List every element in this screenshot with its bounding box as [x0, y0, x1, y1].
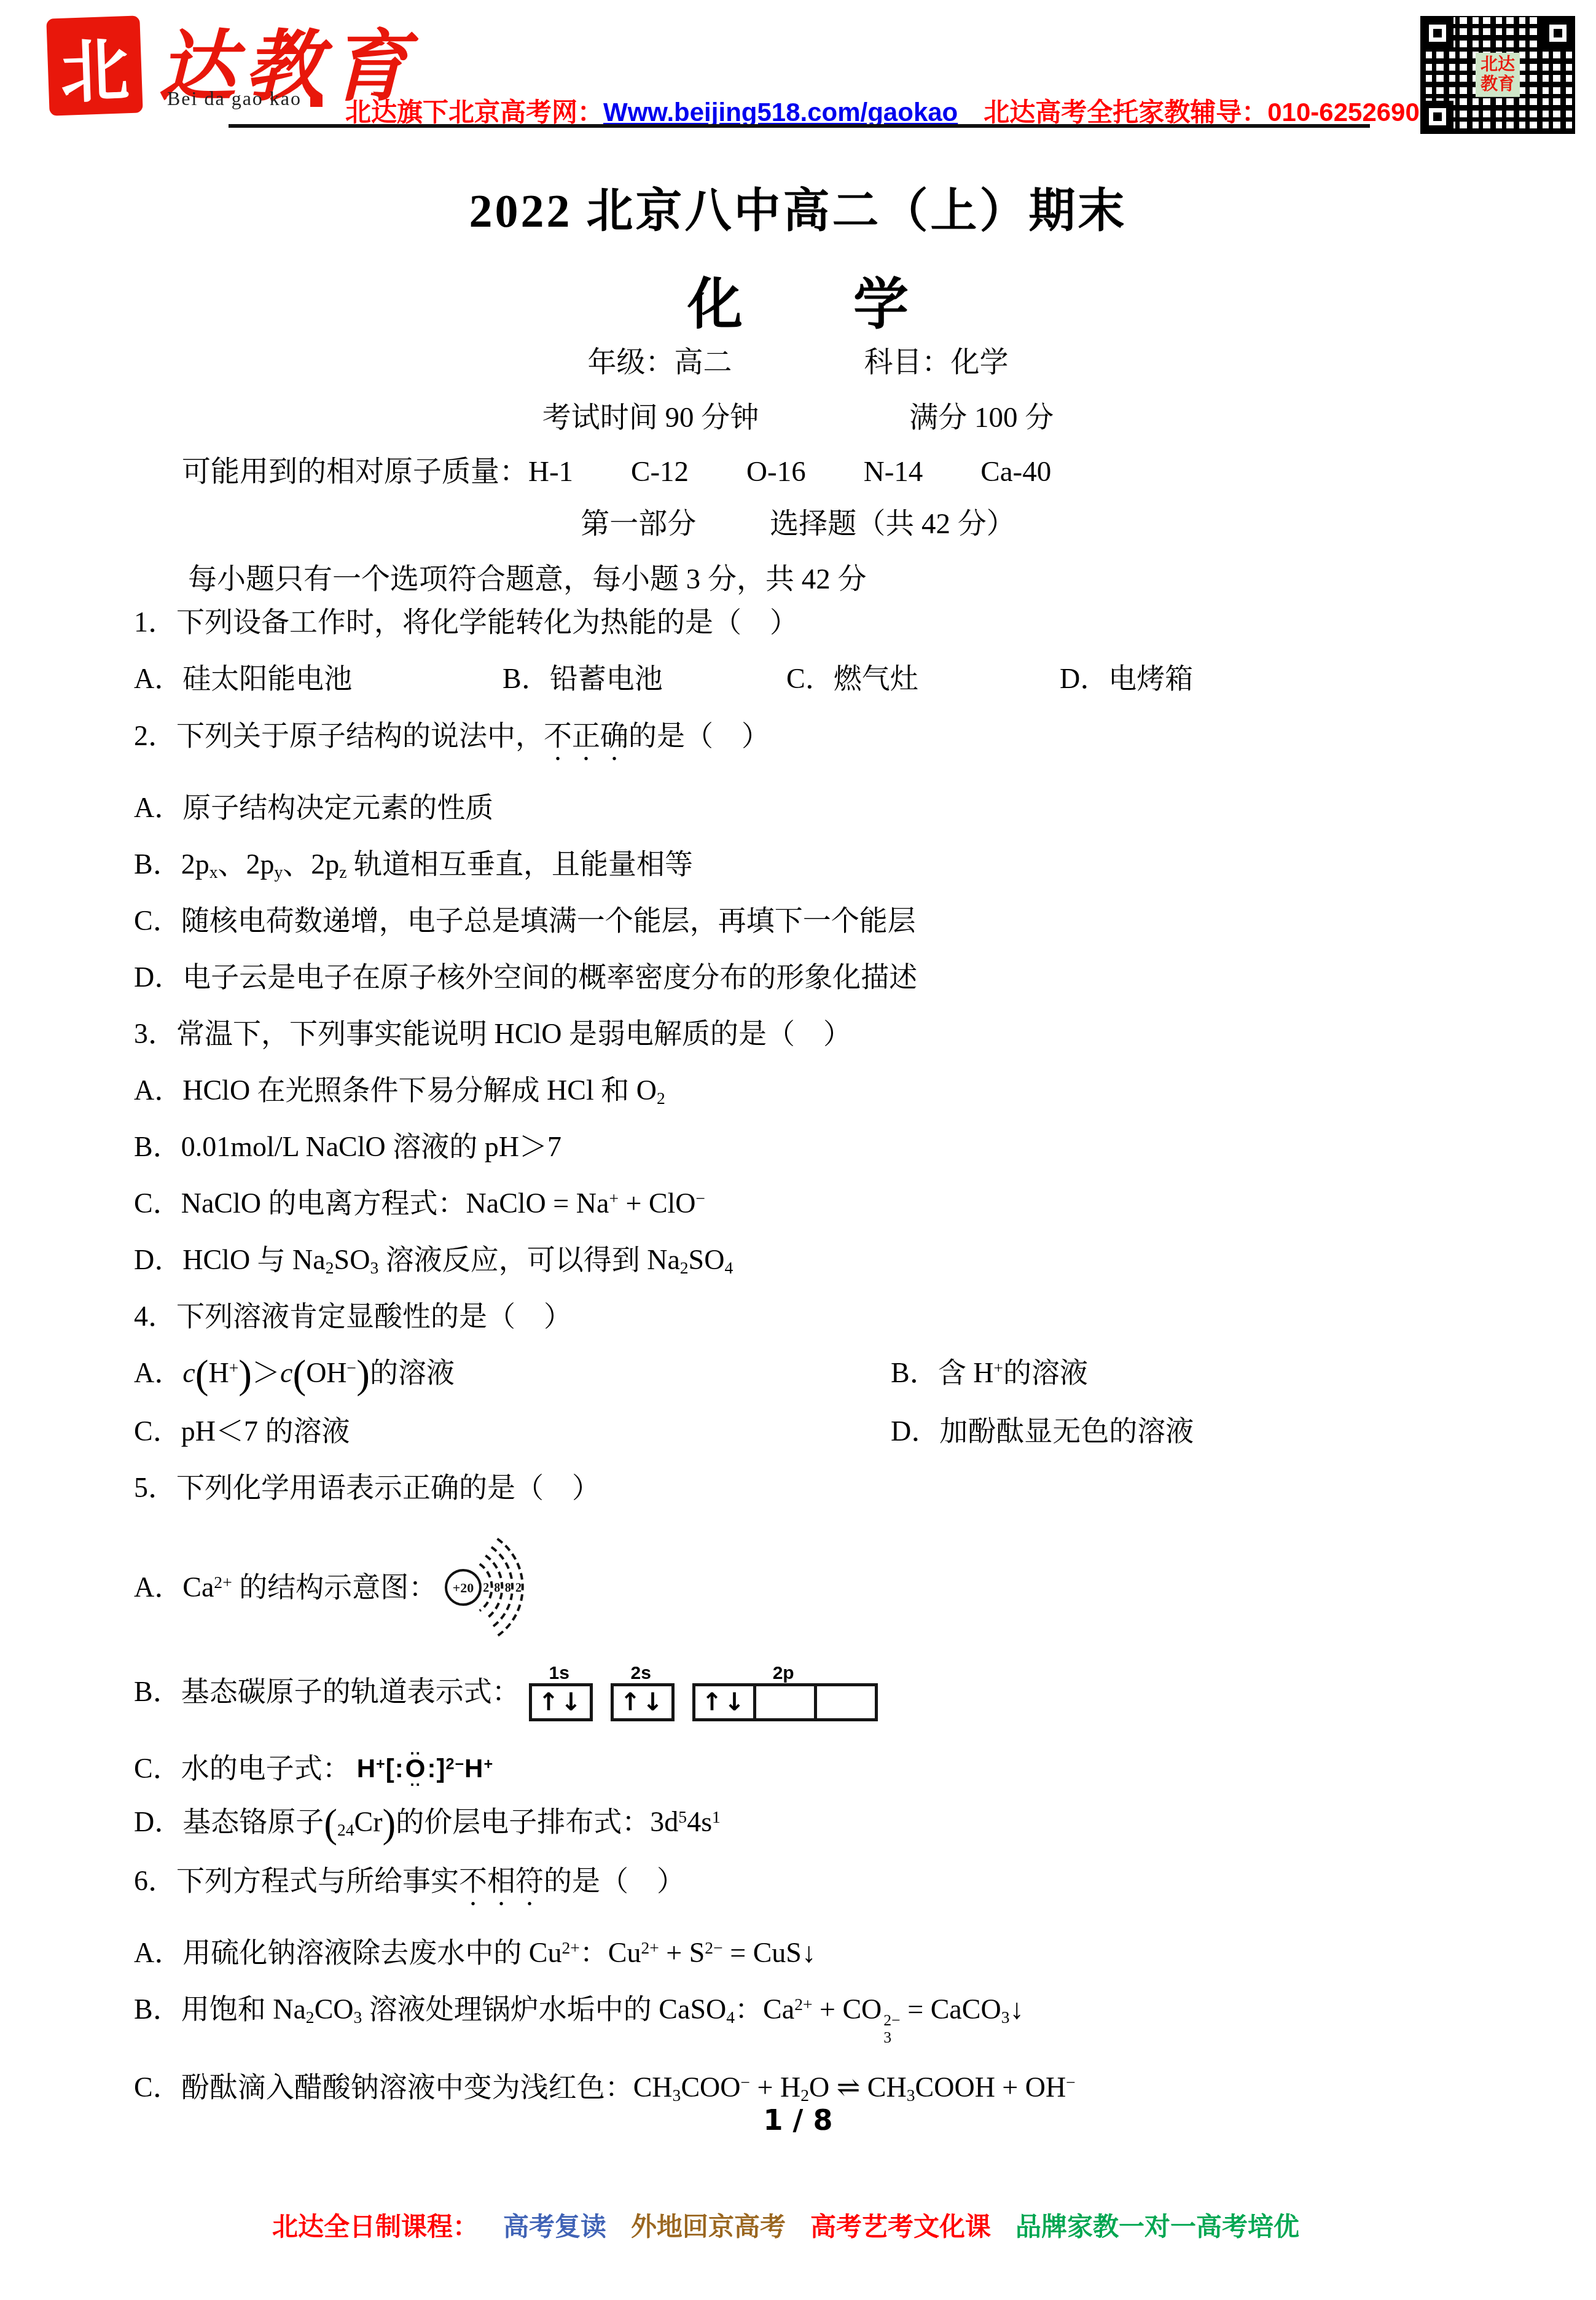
shell-electron-count: 8 — [495, 1581, 501, 1595]
footer-course-item: 高考艺考文化课 — [810, 2207, 991, 2243]
meta-grade: 年级：高二 — [588, 339, 732, 380]
q4-option-c: C．pH＜7 的溶液 — [134, 1416, 891, 1447]
q3-option-b: B．0.01mol/L NaClO 溶液的 pH＞7 — [134, 1132, 1596, 1162]
footer-course-item: 高考复读 — [503, 2207, 606, 2243]
q5-stem: 5．下列化学用语表示正确的是（ ） — [134, 1473, 1596, 1503]
q4-stem: 4．下列溶液肯定显酸性的是（ ） — [134, 1301, 1596, 1332]
footer-course-line: 北达全日制课程： 高考复读 外地回京高考 高考艺考文化课 品牌家教一对一高考培优 — [0, 2207, 1596, 2243]
orbital-group-2s: 2s ↑↓ — [611, 1663, 671, 1721]
q5-option-c: C．水的电子式： H+[:O:]2−H+ — [134, 1740, 1596, 1797]
q1-option-d: D．电烤箱 — [1060, 663, 1193, 694]
exam-subject: 化 学 — [0, 259, 1596, 339]
q5-option-c-label: C．水的电子式： — [134, 1753, 351, 1784]
header-divider — [229, 124, 1370, 128]
q2-option-c: C．随核电荷数递增，电子总是填满一个能层，再填下一个能层 — [134, 906, 1596, 936]
logo-tagline-en-text: Bei da gao kao — [167, 87, 302, 109]
orbital-group-2p: 2p ↑↓ — [692, 1663, 875, 1721]
site-link[interactable]: Www.beijing518.com/gaokao — [603, 98, 958, 127]
q5-option-b: B．基态碳原子的轨道表示式： 1s ↑↓ 2s ↑↓ 2p ↑↓ — [134, 1652, 1596, 1732]
q1-option-c: C．燃气灶 — [786, 663, 1060, 694]
meta-row-time-score: 考试时间 90 分钟 满分 100 分 — [0, 394, 1596, 436]
qr-label-line1: 北达 — [1481, 55, 1515, 75]
section-heading: 第一部分 选择题（共 42 分） — [0, 501, 1596, 542]
q4-option-d: D．加酚酞显无色的溶液 — [891, 1416, 1194, 1447]
atomic-masses-line: 可能用到的相对原子质量：H-1 C-12 O-16 N-14 Ca-40 — [182, 448, 1051, 490]
q1-option-a: A．硅太阳能电池 — [134, 663, 503, 694]
orbital-group-1s: 1s ↑↓ — [529, 1663, 590, 1721]
q1-option-b: B．铅蓄电池 — [503, 663, 786, 694]
orbital-diagram: 1s ↑↓ 2s ↑↓ 2p ↑↓ — [529, 1663, 896, 1721]
meta-full-score: 满分 100 分 — [909, 394, 1054, 436]
shell-electron-count: 2 — [483, 1581, 490, 1595]
logo-seal: 北 — [46, 15, 143, 115]
q6-option-c: C．酚酞滴入醋酸钠溶液中变为浅红色：CH3COO− + H2O ⇌ CH3COO… — [134, 2072, 1596, 2103]
meta-subject: 科目：化学 — [864, 339, 1009, 380]
site-line-suffix: 北达高考全托家教辅导：010-62526900 — [958, 98, 1434, 127]
section-name: 选择题（共 42 分） — [770, 501, 1015, 542]
qr-center-label: 北达 教育 — [1476, 53, 1520, 97]
q4-option-a: A．c(H+)＞c(OH−)的溶液 — [134, 1358, 891, 1390]
meta-duration: 考试时间 90 分钟 — [542, 394, 759, 436]
q4-options-row-1: A．c(H+)＞c(OH−)的溶液 B．含 H+的溶液 — [134, 1358, 1596, 1390]
q2-option-b: B．2px、2py、2pz 轨道相互垂直，且能量相等 — [134, 849, 1596, 880]
orbital-box: ↑↓ — [611, 1683, 675, 1721]
q3-option-d: D．HClO 与 Na2SO3 溶液反应，可以得到 Na2SO4 — [134, 1245, 1596, 1275]
logo-red-square — [310, 95, 323, 107]
q2-option-d: D．电子云是电子在原子核外空间的概率密度分布的形象化描述 — [134, 962, 1596, 993]
shell-electron-count: 8 — [505, 1581, 511, 1595]
orbital-box: ↑↓ — [692, 1683, 756, 1721]
q3-option-c: C．NaClO 的电离方程式：NaClO = Na+ + ClO− — [134, 1188, 1596, 1219]
atomic-structure-diagram: +20 2 8 8 2 — [442, 1526, 546, 1649]
qr-finder-icon — [1542, 17, 1574, 49]
page-number: 1 / 8 — [0, 2103, 1596, 2137]
instructions-line: 每小题只有一个选项符合题意，每小题 3 分，共 42 分 — [188, 556, 867, 597]
orbital-label-1s: 1s — [549, 1663, 569, 1683]
q5-option-b-label: B．基态碳原子的轨道表示式： — [134, 1676, 520, 1707]
footer-course-item: 外地回京高考 — [631, 2207, 786, 2243]
exam-paper-page: 北 达教育 Bei da gao kao 北达旗下北京高考网：Www.beiji… — [0, 0, 1596, 2300]
q4-options-row-2: C．pH＜7 的溶液 D．加酚酞显无色的溶液 — [134, 1416, 1596, 1447]
qr-code: 北达 教育 — [1420, 16, 1575, 134]
qr-finder-icon — [1422, 17, 1453, 49]
nucleus-charge: +20 — [453, 1580, 474, 1595]
q6-option-b: B．用饱和 Na2CO3 溶液处理锅炉水垢中的 CaSO4：Ca2+ + CO2… — [134, 1994, 1596, 2046]
shell-electron-count: 2 — [515, 1581, 522, 1595]
q5-option-d: D．基态铬原子(24Cr)的价层电子排布式：3d54s1 — [134, 1807, 1596, 1839]
logo-tagline-en: Bei da gao kao — [167, 87, 323, 110]
q6-option-a: A．用硫化钠溶液除去废水中的 Cu2+：Cu2+ + S2− = CuS↓ — [134, 1938, 1596, 1968]
site-line-prefix: 北达旗下北京高考网： — [345, 98, 603, 127]
q2-stem: 2．下列关于原子结构的说法中，不正确的是（ ） — [134, 720, 1596, 767]
orbital-label-2s: 2s — [631, 1663, 651, 1683]
meta-row-grade-subject: 年级：高二 科目：化学 — [0, 339, 1596, 380]
q3-stem: 3．常温下，下列事实能说明 HClO 是弱电解质的是（ ） — [134, 1019, 1596, 1049]
orbital-box: ↑↓ — [529, 1683, 593, 1721]
q5-option-a-label: A．Ca2+ 的结构示意图： — [134, 1572, 437, 1603]
qr-label-line2: 教育 — [1481, 75, 1515, 95]
q4-option-b: B．含 H+的溶液 — [891, 1358, 1088, 1390]
q6-stem: 6．下列方程式与所给事实不相符的是（ ） — [134, 1865, 1596, 1912]
footer-label: 北达全日制课程： — [272, 2207, 479, 2243]
questions-area: 1．下列设备工作时，将化学能转化为热能的是（ ） A．硅太阳能电池 B．铅蓄电池… — [0, 607, 1596, 2129]
q1-options-row: A．硅太阳能电池 B．铅蓄电池 C．燃气灶 D．电烤箱 — [134, 663, 1596, 694]
section-part: 第一部分 — [581, 501, 696, 542]
q2-option-a: A．原子结构决定元素的性质 — [134, 792, 1596, 823]
orbital-box — [753, 1683, 817, 1721]
water-electron-formula: H+[:O:]2−H+ — [357, 1753, 493, 1784]
q1-stem: 1．下列设备工作时，将化学能转化为热能的是（ ） — [134, 607, 1596, 638]
orbital-label-2p: 2p — [773, 1663, 794, 1683]
q5-option-a: A．Ca2+ 的结构示意图： +20 2 8 8 2 — [134, 1529, 1596, 1646]
footer-course-item: 品牌家教一对一高考培优 — [1015, 2207, 1299, 2243]
q3-option-a: A．HClO 在光照条件下易分解成 HCl 和 O2 — [134, 1075, 1596, 1106]
exam-title: 2022 北京八中高二（上）期末 — [0, 173, 1596, 240]
qr-finder-icon — [1422, 101, 1453, 133]
orbital-box — [814, 1683, 878, 1721]
header-site-line: 北达旗下北京高考网：Www.beijing518.com/gaokao 北达高考… — [345, 92, 1434, 129]
